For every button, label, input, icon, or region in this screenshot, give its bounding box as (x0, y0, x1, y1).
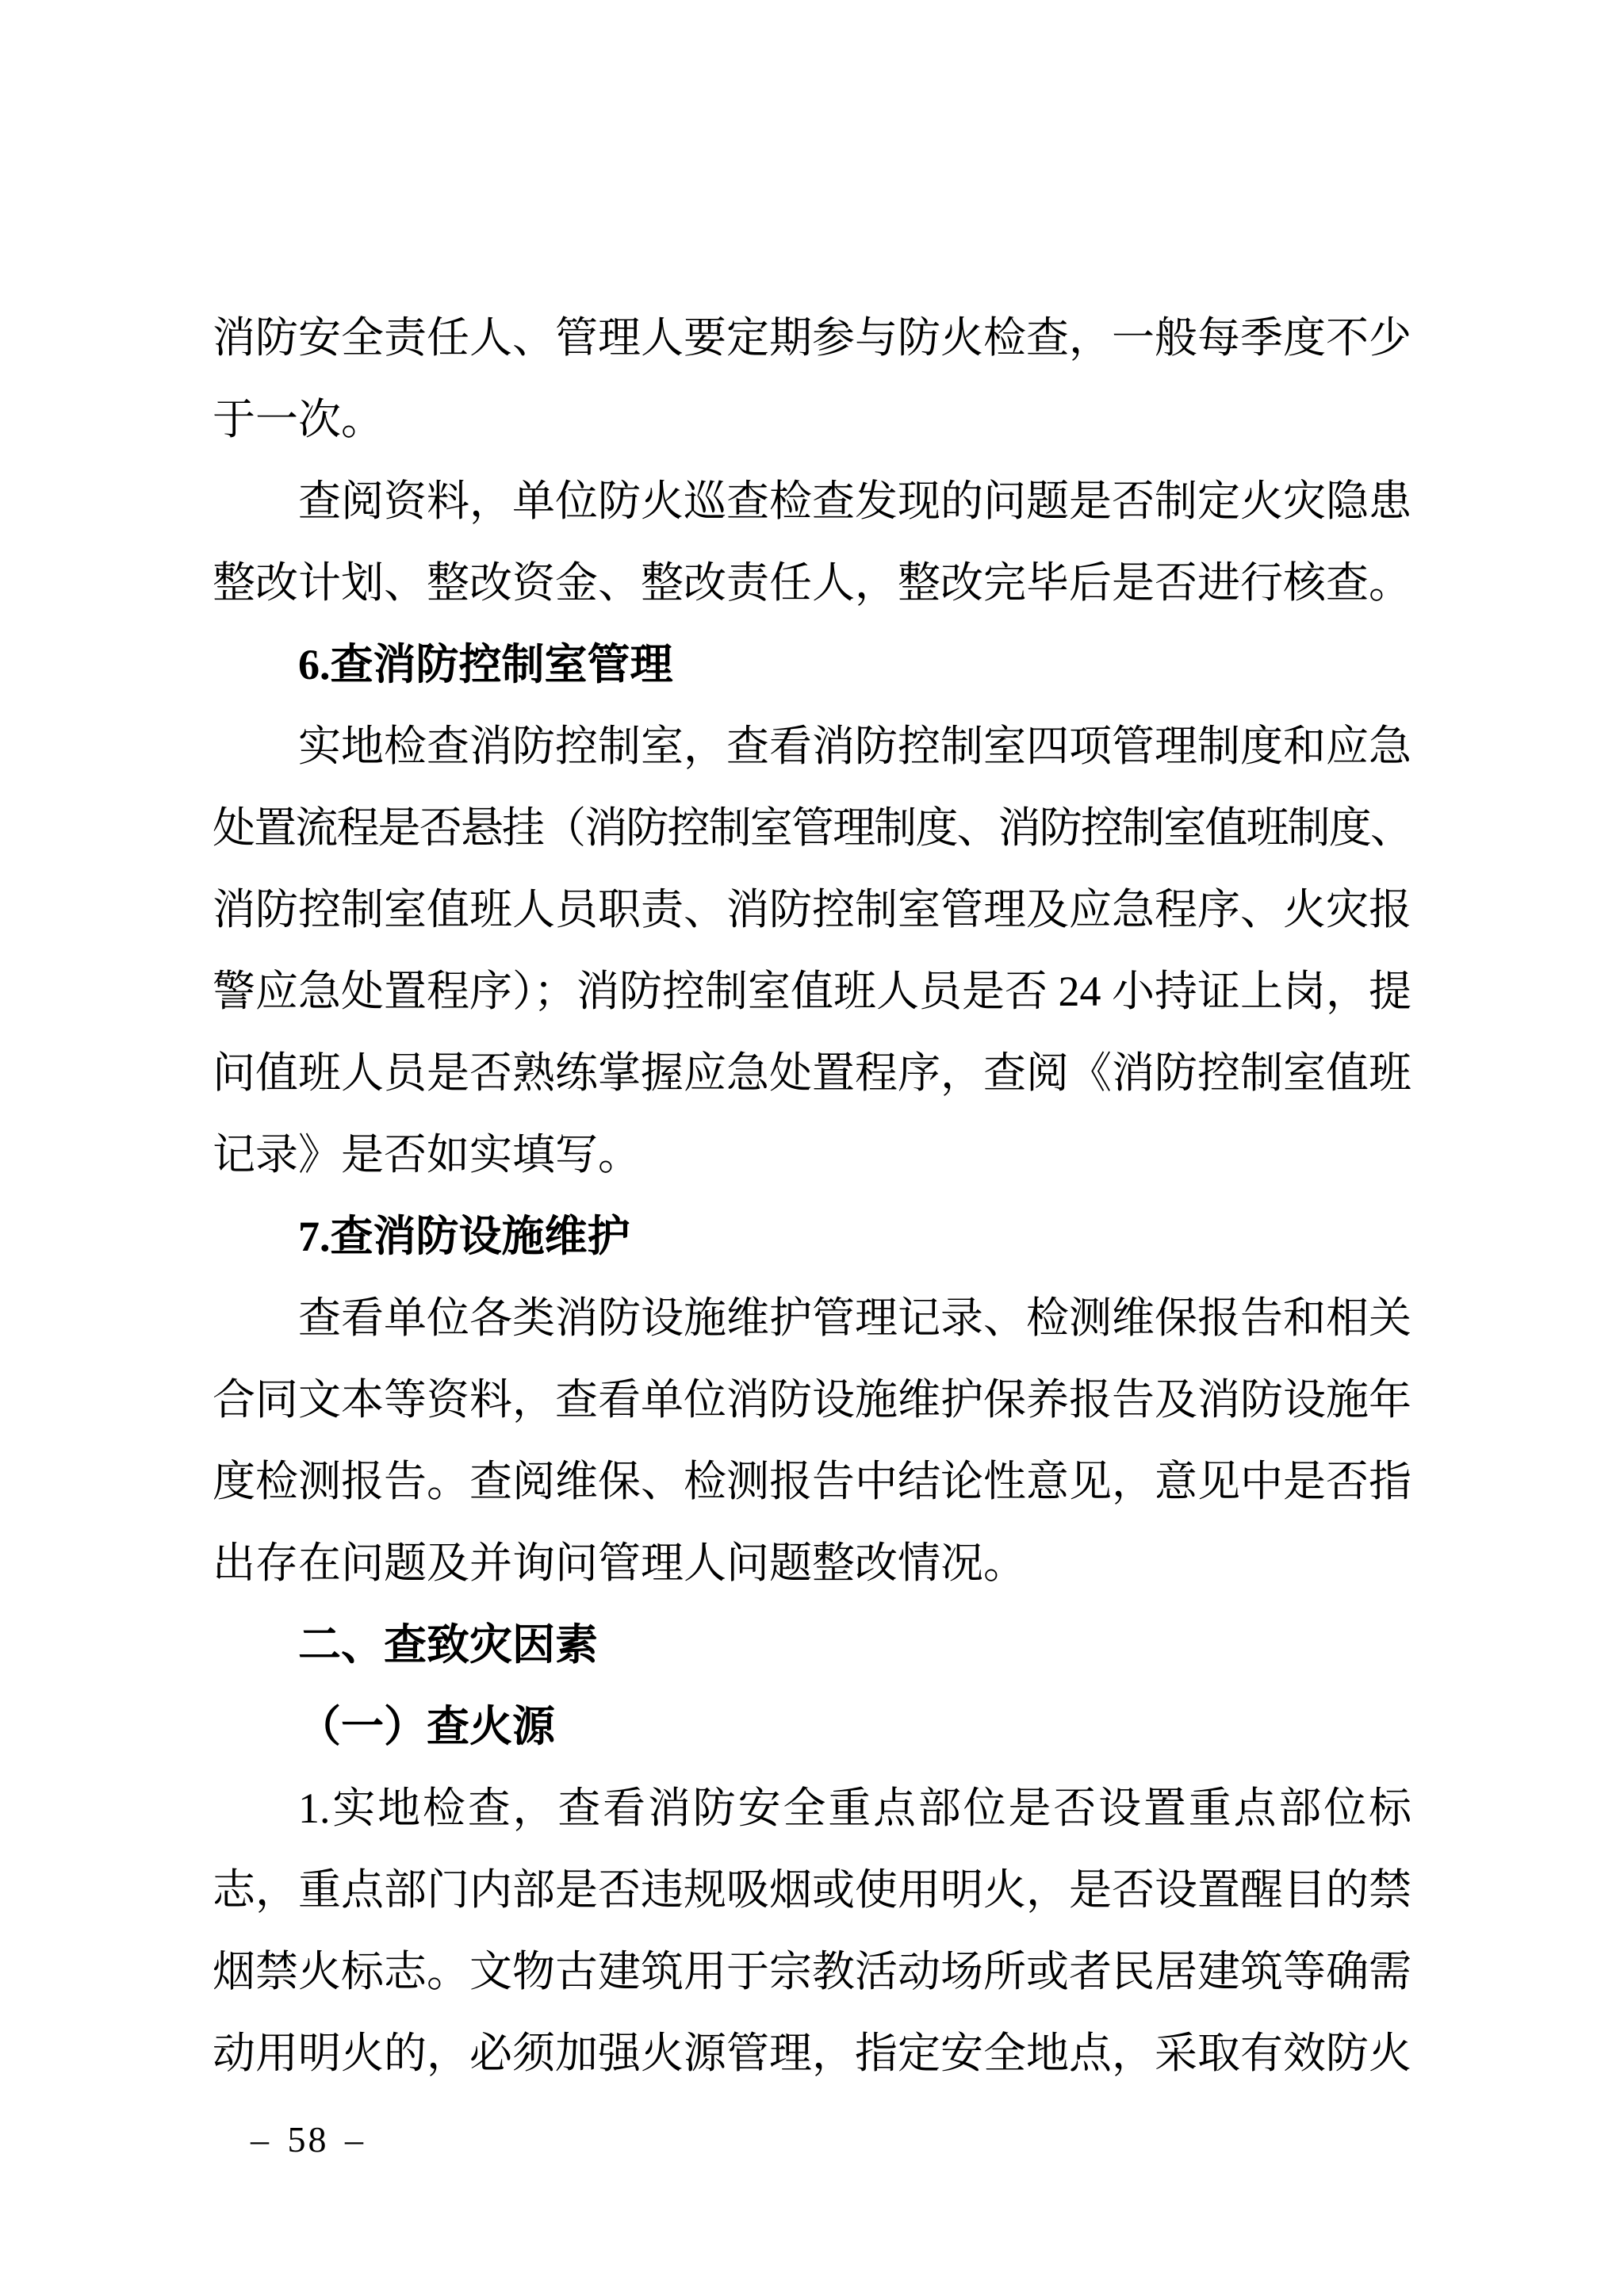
body-line: 处置流程是否悬挂（消防控制室管理制度、消防控制室值班制度、 (213, 788, 1411, 869)
heading-sub-1: （一）查火源 (213, 1686, 1411, 1768)
body-line: 1.实地检查，查看消防安全重点部位是否设置重点部位标 (213, 1768, 1411, 1849)
body-line: 消防安全责任人、管理人要定期参与防火检查，一般每季度不少 (213, 297, 1411, 379)
body-line: 整改计划、整改资金、整改责任人，整改完毕后是否进行核查。 (213, 542, 1411, 624)
body-line: 烟禁火标志。文物古建筑用于宗教活动场所或者民居建筑等确需 (213, 1931, 1411, 2013)
body-line: 出存在问题及并询问管理人问题整改情况。 (213, 1523, 1411, 1604)
heading-part-2: 二、查致灾因素 (213, 1604, 1411, 1686)
page: 消防安全责任人、管理人要定期参与防火检查，一般每季度不少 于一次。 查阅资料，单… (0, 0, 1624, 2296)
body-line: 警应急处置程序）；消防控制室值班人员是否 24 小持证上岗，提 (213, 951, 1411, 1033)
page-number: – 58 – (251, 2118, 366, 2162)
body-line: 于一次。 (213, 379, 1411, 461)
body-line: 查看单位各类消防设施维护管理记录、检测维保报告和相关 (213, 1278, 1411, 1359)
body-line: 志，重点部门内部是否违规吸烟或使用明火，是否设置醒目的禁 (213, 1849, 1411, 1931)
body-line: 度检测报告。查阅维保、检测报告中结论性意见，意见中是否指 (213, 1441, 1411, 1523)
body-line: 动用明火的，必须加强火源管理，指定安全地点，采取有效防火 (213, 2013, 1411, 2095)
body-line: 消防控制室值班人员职责、消防控制室管理及应急程序、火灾报 (213, 869, 1411, 951)
body-line: 实地检查消防控制室，查看消防控制室四项管理制度和应急 (213, 706, 1411, 788)
document-body: 消防安全责任人、管理人要定期参与防火检查，一般每季度不少 于一次。 查阅资料，单… (213, 297, 1411, 2095)
body-line: 合同文本等资料，查看单位消防设施维护保养报告及消防设施年 (213, 1359, 1411, 1441)
body-line: 问值班人员是否熟练掌握应急处置程序，查阅《消防控制室值班 (213, 1033, 1411, 1114)
heading-section-7: 7.查消防设施维护 (213, 1196, 1411, 1278)
heading-section-6: 6.查消防控制室管理 (213, 624, 1411, 706)
body-line: 查阅资料，单位防火巡查检查发现的问题是否制定火灾隐患 (213, 461, 1411, 542)
body-line: 记录》是否如实填写。 (213, 1114, 1411, 1196)
